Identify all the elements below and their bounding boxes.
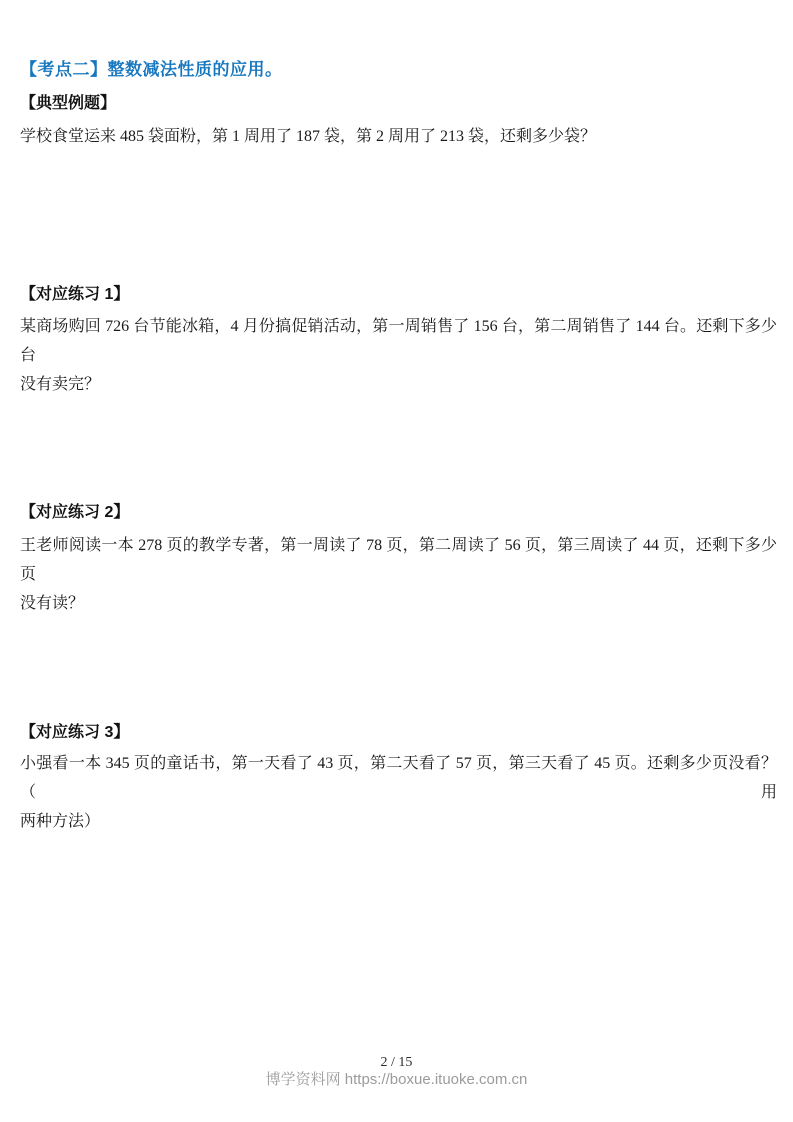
example-block-label: 【典型例题】: [20, 93, 116, 115]
problem-text-line: 学校食堂运来 485 袋面粉，第 1 周用了 187 袋，第 2 周用了 213…: [20, 122, 777, 151]
practice-1-problem-text: 某商场购回 726 台节能冰箱，4 月份搞促销活动，第一周销售了 156 台，第…: [20, 312, 777, 399]
problem-text-line: 没有卖完？: [20, 370, 777, 399]
problem-text-line: 两种方法）: [20, 807, 777, 836]
practice-2-label: 【对应练习 2】: [20, 502, 129, 524]
problem-text-line: 王老师阅读一本 278 页的教学专著，第一周读了 78 页，第二周读了 56 页…: [20, 531, 777, 589]
topic-heading: 【考点二】整数减法性质的应用。: [20, 58, 283, 82]
practice-3-problem-text: 小强看一本 345 页的童话书，第一天看了 43 页，第二天看了 57 页，第三…: [20, 749, 777, 836]
problem-text-line: 某商场购回 726 台节能冰箱，4 月份搞促销活动，第一周销售了 156 台，第…: [20, 312, 777, 370]
example-problem-text: 学校食堂运来 485 袋面粉，第 1 周用了 187 袋，第 2 周用了 213…: [20, 122, 777, 151]
problem-text-line: 没有读？: [20, 589, 777, 618]
practice-2-problem-text: 王老师阅读一本 278 页的教学专著，第一周读了 78 页，第二周读了 56 页…: [20, 531, 777, 618]
site-watermark: 博学资料网 https://boxue.ituoke.com.cn: [0, 1070, 793, 1090]
problem-text-line: 小强看一本 345 页的童话书，第一天看了 43 页，第二天看了 57 页，第三…: [20, 749, 777, 807]
practice-1-label: 【对应练习 1】: [20, 284, 129, 306]
practice-3-label: 【对应练习 3】: [20, 722, 129, 744]
worksheet-page: 【考点二】整数减法性质的应用。 【典型例题】 学校食堂运来 485 袋面粉，第 …: [0, 0, 793, 1122]
